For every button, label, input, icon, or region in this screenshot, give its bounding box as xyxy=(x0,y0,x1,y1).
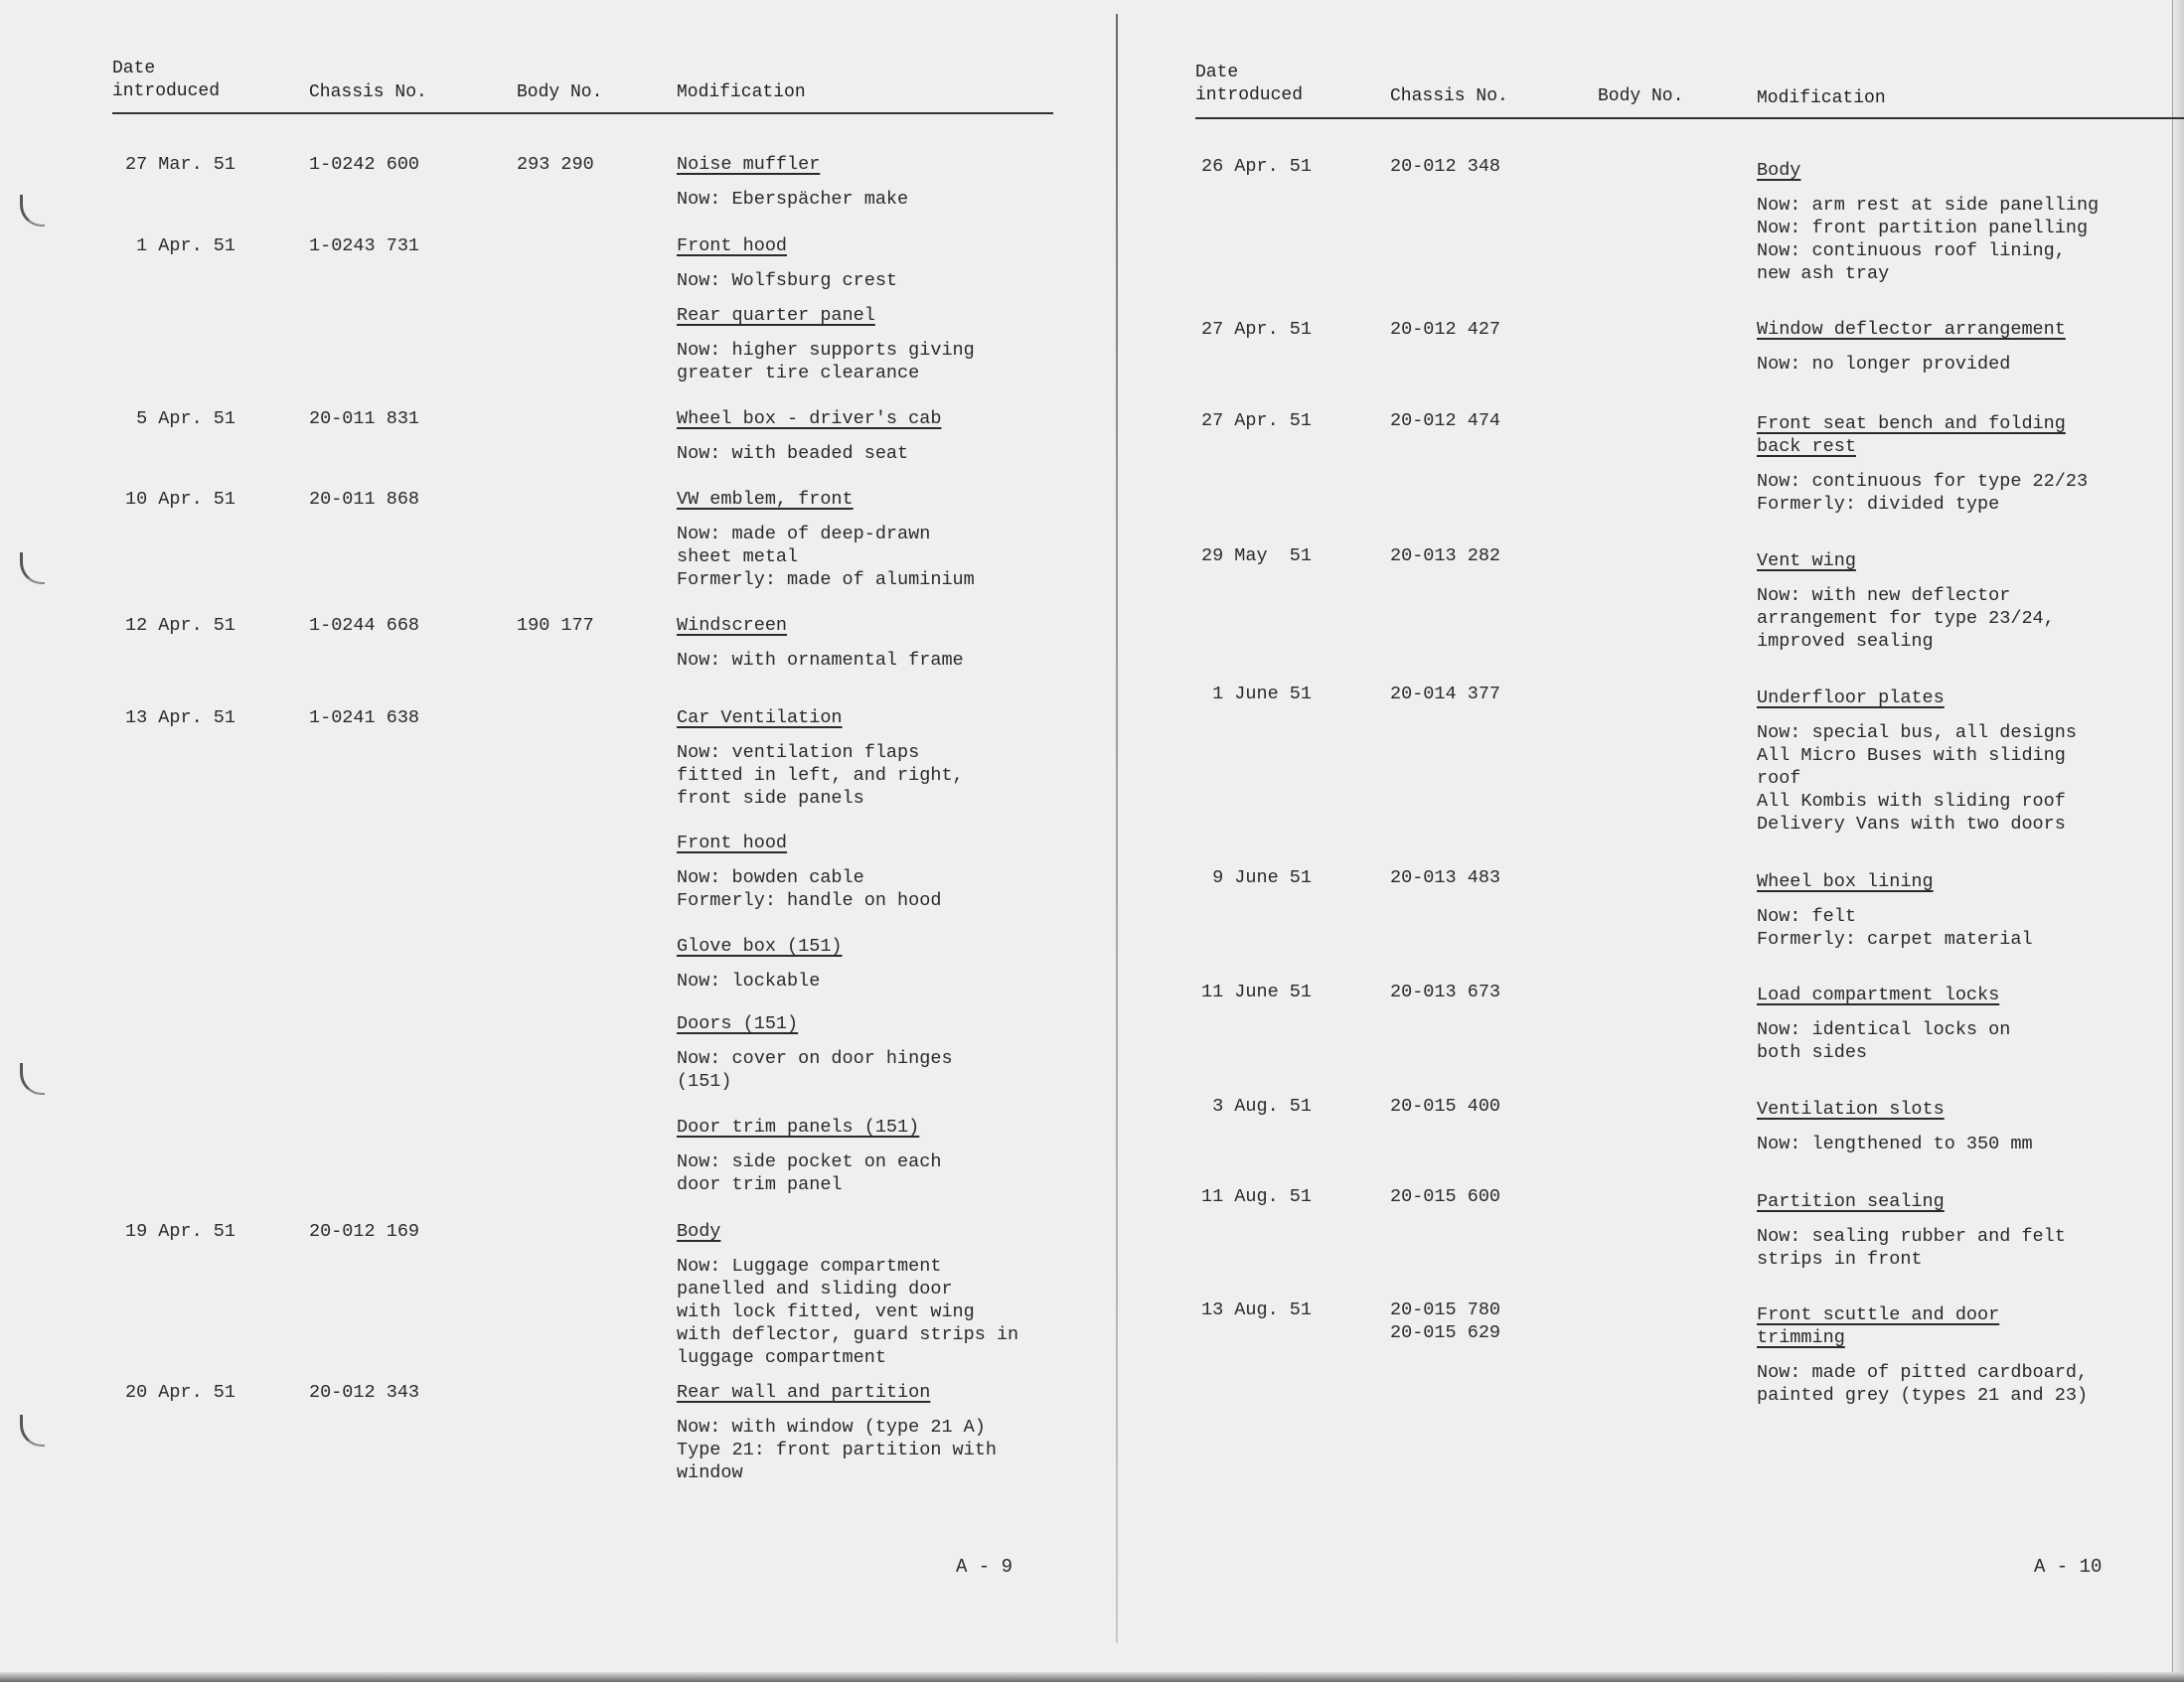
modification-detail: painted grey (types 21 and 23) xyxy=(1757,1384,2088,1407)
date-introduced: 12 Apr. 51 xyxy=(112,614,235,637)
modification-block: VW emblem, frontNow: made of deep-drawns… xyxy=(677,488,975,591)
header-chassis-label: Chassis No. xyxy=(309,81,427,104)
modification-detail: Now: lengthened to 350 mm xyxy=(1757,1133,2033,1155)
modification-detail: greater tire clearance xyxy=(677,362,975,384)
modification-block: Rear wall and partitionNow: with window … xyxy=(677,1381,997,1484)
modification-block: Vent wingNow: with new deflectorarrangem… xyxy=(1757,549,2055,653)
chassis-number: 20-012 343 xyxy=(309,1381,419,1404)
spacer xyxy=(1757,893,2033,905)
spacer xyxy=(1757,709,2077,721)
header-date-label: Dateintroduced xyxy=(112,58,220,103)
modification-block: Glove box (151)Now: lockable xyxy=(677,935,843,993)
date-introduced: 27 Apr. 51 xyxy=(1195,318,1312,341)
modification-title: Vent wing xyxy=(1757,549,2055,572)
modification-detail: with deflector, guard strips in xyxy=(677,1323,1018,1346)
modification-title: Partition sealing xyxy=(1757,1190,2066,1213)
modification-block: Wheel box - driver's cabNow: with beaded… xyxy=(677,407,941,465)
spacer xyxy=(677,1404,997,1416)
date-introduced: 9 June 51 xyxy=(1195,866,1312,889)
modification-detail: Now: Luggage compartment xyxy=(677,1255,1018,1278)
modification-block: Load compartment locksNow: identical loc… xyxy=(1757,984,2010,1064)
spacer xyxy=(677,729,964,741)
modification-detail: Now: made of pitted cardboard, xyxy=(1757,1361,2088,1384)
modification-title: Ventilation slots xyxy=(1757,1098,2033,1121)
spacer xyxy=(677,327,975,339)
modification-title: VW emblem, front xyxy=(677,488,975,511)
modification-title: Front scuttle and door xyxy=(1757,1303,2088,1326)
spacer xyxy=(677,176,908,188)
date-introduced: 11 June 51 xyxy=(1195,981,1312,1003)
modification-block: Front hoodNow: Wolfsburg crest xyxy=(677,234,897,292)
modification-detail: luggage compartment xyxy=(677,1346,1018,1369)
modification-block: Window deflector arrangementNow: no long… xyxy=(1757,318,2066,376)
modification-detail: Now: identical locks on xyxy=(1757,1018,2010,1041)
modification-detail: Now: with window (type 21 A) xyxy=(677,1416,997,1439)
modification-detail: Type 21: front partition with xyxy=(677,1439,997,1461)
header-rule xyxy=(1195,117,2184,119)
modification-detail: Now: arm rest at side panelling xyxy=(1757,194,2099,217)
chassis-number: 1-0243 731 xyxy=(309,234,419,257)
spacer xyxy=(677,1243,1018,1255)
modification-block: Front scuttle and doortrimmingNow: made … xyxy=(1757,1303,2088,1407)
modification-detail: with lock fitted, vent wing xyxy=(677,1300,1018,1323)
modification-detail: Now: bowden cable xyxy=(677,866,941,889)
modification-block: Doors (151)Now: cover on door hinges(151… xyxy=(677,1012,953,1093)
modification-detail: window xyxy=(677,1461,997,1484)
modification-detail: Now: front partition panelling xyxy=(1757,217,2099,239)
chassis-number: 20-012 474 xyxy=(1390,409,1500,432)
date-introduced: 1 Apr. 51 xyxy=(112,234,235,257)
chassis-number: 20-012 169 xyxy=(309,1220,419,1243)
modification-detail: Now: continuous for type 22/23 xyxy=(1757,470,2088,493)
modification-detail: Now: Wolfsburg crest xyxy=(677,269,897,292)
modification-detail: Now: Eberspächer make xyxy=(677,188,908,211)
date-introduced: 10 Apr. 51 xyxy=(112,488,235,511)
header-date-line1: Date xyxy=(1195,63,1238,82)
date-introduced: 13 Aug. 51 xyxy=(1195,1299,1312,1321)
header-body-label: Body No. xyxy=(517,81,602,104)
modification-title: Window deflector arrangement xyxy=(1757,318,2066,341)
header-date-line2: introduced xyxy=(112,81,220,101)
spacer xyxy=(1757,182,2099,194)
chassis-number: 20-011 831 xyxy=(309,407,419,430)
chassis-number: 20-011 868 xyxy=(309,488,419,511)
modification-title: trimming xyxy=(1757,1326,2088,1349)
body-number: 293 290 xyxy=(517,153,594,176)
page-number: A - 10 xyxy=(2034,1556,2102,1578)
modification-detail: Now: with ornamental frame xyxy=(677,649,964,672)
modification-block: Car VentilationNow: ventilation flapsfit… xyxy=(677,706,964,810)
modification-title: back rest xyxy=(1757,435,2088,458)
modification-detail: Delivery Vans with two doors xyxy=(1757,813,2077,836)
modification-title: Car Ventilation xyxy=(677,706,964,729)
modification-detail: Formerly: made of aluminium xyxy=(677,568,975,591)
spacer xyxy=(1757,458,2088,470)
modification-title: Noise muffler xyxy=(677,153,908,176)
modification-detail: Now: cover on door hinges xyxy=(677,1047,953,1070)
modification-block: Front seat bench and foldingback restNow… xyxy=(1757,412,2088,516)
modification-block: Door trim panels (151)Now: side pocket o… xyxy=(677,1116,941,1196)
header-date-line1: Date xyxy=(112,59,155,78)
modification-detail: Now: felt xyxy=(1757,905,2033,928)
modification-title: Windscreen xyxy=(677,614,964,637)
spacer xyxy=(677,430,941,442)
chassis-number: 20-015 600 xyxy=(1390,1185,1500,1208)
modification-block: BodyNow: Luggage compartmentpanelled and… xyxy=(677,1220,1018,1369)
spacer xyxy=(1757,1213,2066,1225)
modification-title: Door trim panels (151) xyxy=(677,1116,941,1139)
modification-title: Glove box (151) xyxy=(677,935,843,958)
modification-detail: Formerly: handle on hood xyxy=(677,889,941,912)
modification-title: Front seat bench and folding xyxy=(1757,412,2088,435)
modification-detail: Now: higher supports giving xyxy=(677,339,975,362)
chassis-number: 20-013 673 xyxy=(1390,981,1500,1003)
modification-detail: improved sealing xyxy=(1757,630,2055,653)
body-number: 190 177 xyxy=(517,614,594,637)
spacer xyxy=(677,1139,941,1150)
modification-title: Front hood xyxy=(677,234,897,257)
modification-title: Wheel box - driver's cab xyxy=(677,407,941,430)
spacer xyxy=(677,637,964,649)
modification-detail: Formerly: divided type xyxy=(1757,493,2088,516)
chassis-number: 1-0242 600 xyxy=(309,153,419,176)
chassis-number: 20-012 427 xyxy=(1390,318,1500,341)
chassis-number: 1-0244 668 xyxy=(309,614,419,637)
modification-block: Wheel box liningNow: feltFormerly: carpe… xyxy=(1757,870,2033,951)
spacer xyxy=(677,1035,953,1047)
modification-detail: Now: no longer provided xyxy=(1757,353,2066,376)
header-body-label: Body No. xyxy=(1598,85,1683,108)
spacer xyxy=(1757,572,2055,584)
modification-title: Wheel box lining xyxy=(1757,870,2033,893)
modification-title: Front hood xyxy=(677,832,941,854)
modification-detail: arrangement for type 23/24, xyxy=(1757,607,2055,630)
spacer xyxy=(677,958,843,970)
modification-detail: Now: with new deflector xyxy=(1757,584,2055,607)
date-introduced: 11 Aug. 51 xyxy=(1195,1185,1312,1208)
header-date-label: Dateintroduced xyxy=(1195,62,1303,107)
spacer xyxy=(1757,341,2066,353)
modification-block: Front hoodNow: bowden cableFormerly: han… xyxy=(677,832,941,912)
chassis-number: 20-015 780 20-015 629 xyxy=(1390,1299,1500,1344)
header-rule xyxy=(112,112,1053,114)
modification-detail: front side panels xyxy=(677,787,964,810)
modification-detail: Now: continuous roof lining, xyxy=(1757,239,2099,262)
date-introduced: 5 Apr. 51 xyxy=(112,407,235,430)
modification-detail: (151) xyxy=(677,1070,953,1093)
modification-title: Rear quarter panel xyxy=(677,304,975,327)
spacer xyxy=(1757,1006,2010,1018)
chassis-number: 20-013 483 xyxy=(1390,866,1500,889)
modification-detail: Now: lockable xyxy=(677,970,843,993)
modification-detail: Now: ventilation flaps xyxy=(677,741,964,764)
modification-title: Body xyxy=(677,1220,1018,1243)
modification-detail: Now: special bus, all designs xyxy=(1757,721,2077,744)
header-modification-label: Modification xyxy=(677,81,806,104)
modification-detail: both sides xyxy=(1757,1041,2010,1064)
modification-block: BodyNow: arm rest at side panellingNow: … xyxy=(1757,159,2099,285)
date-introduced: 13 Apr. 51 xyxy=(112,706,235,729)
modification-title: Underfloor plates xyxy=(1757,687,2077,709)
chassis-number: 20-015 400 xyxy=(1390,1095,1500,1118)
modification-detail: door trim panel xyxy=(677,1173,941,1196)
header-chassis-label: Chassis No. xyxy=(1390,85,1508,108)
modification-detail: All Micro Buses with sliding xyxy=(1757,744,2077,767)
modification-detail: Now: side pocket on each xyxy=(677,1150,941,1173)
page-gutter-divider xyxy=(1116,14,1118,1643)
modification-block: Rear quarter panelNow: higher supports g… xyxy=(677,304,975,384)
chassis-number: 20-014 377 xyxy=(1390,683,1500,705)
spacer xyxy=(677,511,975,523)
modification-block: Underfloor platesNow: special bus, all d… xyxy=(1757,687,2077,836)
modification-detail: Now: sealing rubber and felt xyxy=(1757,1225,2066,1248)
spacer xyxy=(677,854,941,866)
date-introduced: 1 June 51 xyxy=(1195,683,1312,705)
spacer xyxy=(1757,1121,2033,1133)
modification-detail: Now: with beaded seat xyxy=(677,442,941,465)
spacer xyxy=(1757,1349,2088,1361)
date-introduced: 3 Aug. 51 xyxy=(1195,1095,1312,1118)
page-a9: Dateintroduced Chassis No. Body No. Modi… xyxy=(0,0,1113,1682)
modification-block: Partition sealingNow: sealing rubber and… xyxy=(1757,1190,2066,1271)
chassis-number: 20-012 348 xyxy=(1390,155,1500,178)
modification-detail: Formerly: carpet material xyxy=(1757,928,2033,951)
date-introduced: 26 Apr. 51 xyxy=(1195,155,1312,178)
modification-detail: Now: made of deep-drawn xyxy=(677,523,975,545)
date-introduced: 27 Mar. 51 xyxy=(112,153,235,176)
chassis-number: 20-013 282 xyxy=(1390,544,1500,567)
date-introduced: 27 Apr. 51 xyxy=(1195,409,1312,432)
modification-block: Ventilation slotsNow: lengthened to 350 … xyxy=(1757,1098,2033,1155)
modification-detail: panelled and sliding door xyxy=(677,1278,1018,1300)
modification-detail: sheet metal xyxy=(677,545,975,568)
modification-detail: strips in front xyxy=(1757,1248,2066,1271)
modification-block: Noise mufflerNow: Eberspächer make xyxy=(677,153,908,211)
modification-title: Body xyxy=(1757,159,2099,182)
modification-title: Doors (151) xyxy=(677,1012,953,1035)
chassis-number: 1-0241 638 xyxy=(309,706,419,729)
scan-edge-right xyxy=(2172,0,2184,1682)
modification-title: Rear wall and partition xyxy=(677,1381,997,1404)
page-number: A - 9 xyxy=(956,1556,1013,1578)
modification-detail: All Kombis with sliding roof xyxy=(1757,790,2077,813)
header-date-line2: introduced xyxy=(1195,85,1303,105)
header-modification-label: Modification xyxy=(1757,87,1886,110)
modification-block: WindscreenNow: with ornamental frame xyxy=(677,614,964,672)
date-introduced: 19 Apr. 51 xyxy=(112,1220,235,1243)
date-introduced: 29 May 51 xyxy=(1195,544,1312,567)
page-a10: Dateintroduced Chassis No. Body No. Modi… xyxy=(1119,0,2172,1682)
modification-detail: fitted in left, and right, xyxy=(677,764,964,787)
modification-detail: new ash tray xyxy=(1757,262,2099,285)
modification-detail: roof xyxy=(1757,767,2077,790)
spacer xyxy=(677,257,897,269)
modification-title: Load compartment locks xyxy=(1757,984,2010,1006)
date-introduced: 20 Apr. 51 xyxy=(112,1381,235,1404)
